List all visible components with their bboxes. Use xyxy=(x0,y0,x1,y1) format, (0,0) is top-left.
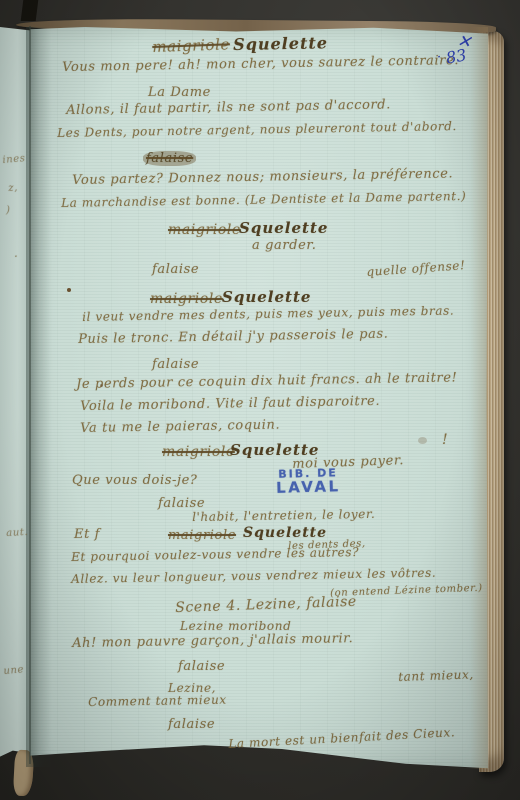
manuscript-line: maigriole xyxy=(162,444,235,460)
manuscript-line: ines xyxy=(2,153,26,166)
manuscript-line: maigriole xyxy=(152,35,230,56)
manuscript-line: ) xyxy=(6,205,11,216)
manuscript-line: maigriole xyxy=(150,291,223,307)
manuscript-line: Comment tant mieux xyxy=(88,693,227,709)
manuscript-line: Que vous dois-je? xyxy=(72,473,197,488)
manuscript-line: aut. xyxy=(6,527,29,539)
manuscript-line: La Dame xyxy=(148,85,211,100)
paper-stain xyxy=(418,437,427,444)
manuscript-line: z, xyxy=(8,182,18,194)
check-mark: ✕ xyxy=(456,31,473,53)
page-edge-shading xyxy=(470,27,488,769)
manuscript-line: falaise xyxy=(178,659,225,674)
manuscript-line: Squelette xyxy=(243,525,327,541)
manuscript-line: Lezine moribond xyxy=(180,619,291,633)
ink-speck xyxy=(67,288,71,292)
library-stamp-line2: LAVAL xyxy=(276,479,341,496)
manuscript-line: a garder. xyxy=(252,238,317,253)
manuscript-line: une xyxy=(3,664,24,677)
manuscript-line: falaise xyxy=(152,357,199,372)
manuscript-line: Squelette xyxy=(233,33,328,54)
manuscript-line: tant mieux, xyxy=(398,667,474,684)
manuscript-line: falaise xyxy=(152,262,199,277)
manuscript-line: . xyxy=(14,246,18,260)
manuscript-line: ! xyxy=(442,432,448,448)
manuscript-line: maigriole xyxy=(168,222,241,238)
manuscript-line: Et f xyxy=(74,527,100,542)
manuscript-line: Squelette xyxy=(222,288,311,306)
manuscript-line: Squelette xyxy=(239,219,328,237)
library-stamp: BIB. DE LAVAL xyxy=(276,467,341,496)
manuscript-line: falaise xyxy=(168,717,215,732)
manuscript-line: falaise xyxy=(158,496,205,511)
binding-slot xyxy=(21,0,39,21)
manuscript-line: maigriole xyxy=(168,528,236,543)
ink-speck xyxy=(100,384,103,387)
manuscript-line: falaise xyxy=(143,151,196,166)
gutter-fold-line xyxy=(29,26,31,764)
manuscript-line: · xyxy=(437,50,442,65)
manuscript-photo: maigrioleSqueletteVous mon pere! ah! mon… xyxy=(0,0,520,800)
